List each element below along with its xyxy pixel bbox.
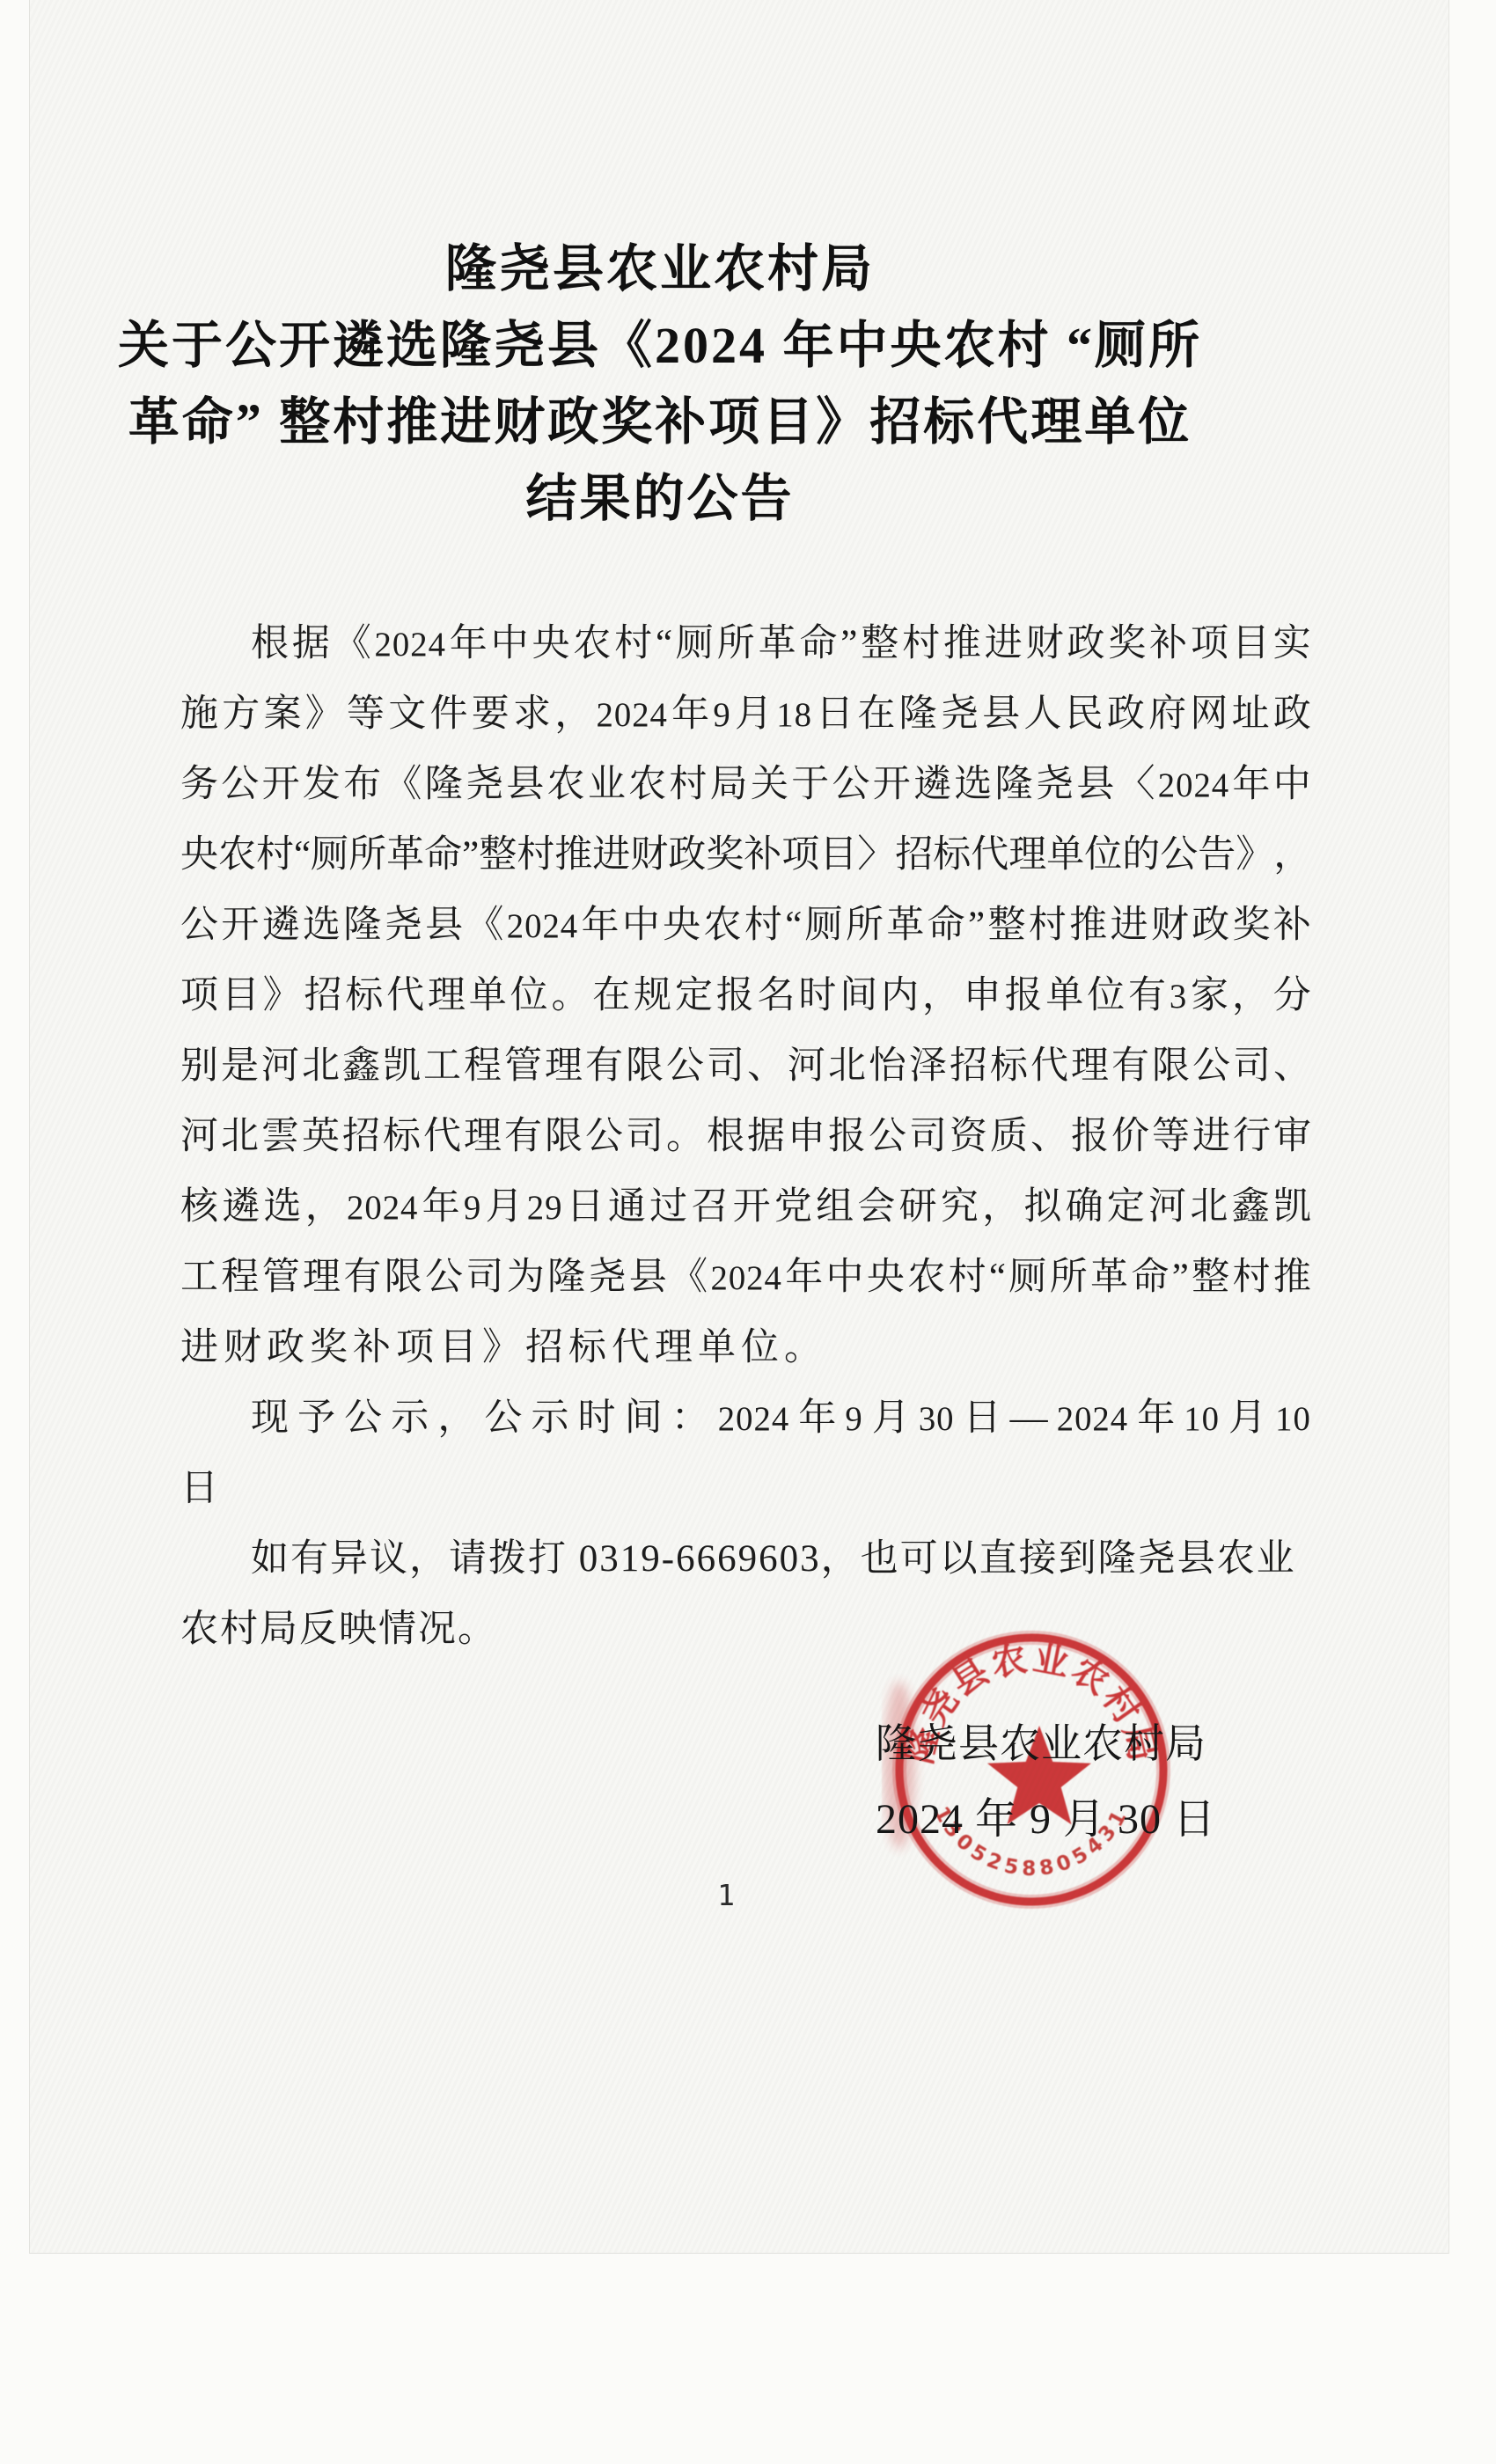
glyph: 选 [954, 750, 992, 820]
glyph: 年 [785, 1243, 823, 1313]
glyph: 奖 [706, 820, 744, 891]
document-body: 根据《2024年中央农村“厕所革命”整村推进财政奖补项目实 施方案》等文件要求，… [180, 609, 1311, 1665]
glyph: 公 [1160, 820, 1198, 891]
title-line: 隆尧县农业农村局 [114, 231, 1206, 307]
body-line: 河北雲英招标代理有限公司。根据申报公司资质、报价等进行审 [180, 1102, 1311, 1172]
glyph: 2024 [347, 1173, 418, 1243]
glyph: 北 [302, 1031, 340, 1102]
glyph: “ [785, 891, 802, 961]
glyph: 整 [1192, 1243, 1229, 1313]
glyph: 中 [826, 1243, 864, 1313]
glyph: 公 [832, 750, 870, 820]
glyph: 公 [180, 891, 218, 961]
glyph: 农 [907, 1243, 945, 1313]
glyph: 2024 [710, 1243, 781, 1314]
glyph: 间 [840, 961, 877, 1031]
glyph: 央 [663, 891, 700, 961]
glyph: 公 [585, 1102, 623, 1172]
glyph: 限 [385, 1243, 422, 1313]
glyph: 工 [423, 1031, 461, 1102]
glyph: 央 [532, 609, 569, 679]
glyph: 北 [1190, 1172, 1228, 1243]
glyph: 限 [626, 1031, 664, 1102]
glyph: 财 [630, 820, 668, 891]
glyph: 月 [485, 1172, 523, 1243]
glyph: 〈 [1117, 750, 1155, 820]
glyph: 报 [1071, 1102, 1109, 1172]
glyph: 命 [424, 820, 462, 891]
glyph: 过 [649, 1172, 687, 1243]
glyph: 等 [347, 679, 385, 750]
glyph: ， [922, 961, 960, 1031]
glyph: 公 [1192, 1031, 1230, 1102]
glyph: 开 [733, 1172, 771, 1243]
glyph: 司 [626, 1102, 664, 1172]
glyph: 月 [735, 679, 773, 750]
glyph: 分 [1273, 961, 1311, 1031]
glyph: 河 [261, 1031, 299, 1102]
glyph: 申 [788, 1102, 825, 1172]
glyph: 标 [933, 820, 971, 891]
glyph: 10 [1275, 1384, 1311, 1455]
glyph: 所 [1050, 1243, 1088, 1313]
glyph: 确 [1066, 1172, 1104, 1243]
glyph: 尧 [588, 1243, 626, 1313]
glyph: 河 [180, 1102, 218, 1172]
glyph: 项 [781, 820, 819, 891]
glyph: 资 [950, 1102, 987, 1172]
body-line: 务公开发布《隆尧县农业农村局关于公开遴选隆尧县〈2024年中 [180, 750, 1311, 820]
glyph: 隆 [343, 891, 381, 961]
glyph: 在 [857, 679, 895, 750]
glyph: 的 [1122, 820, 1160, 891]
glyph: 所 [846, 891, 884, 961]
glyph: 革 [1090, 1243, 1128, 1313]
glyph: 定 [1107, 1172, 1145, 1243]
glyph: 厕 [676, 609, 714, 679]
glyph: 程 [464, 1031, 502, 1102]
glyph: 根 [707, 1102, 744, 1172]
glyph: 县 [629, 1243, 667, 1313]
glyph: 选 [264, 1172, 302, 1243]
glyph: 公 [221, 750, 259, 820]
glyph: 怡 [869, 1031, 906, 1102]
glyph: ， [1232, 961, 1270, 1031]
glyph: 、 [1273, 1031, 1311, 1102]
glyph: 施 [180, 679, 218, 750]
glyph: 在 [592, 961, 630, 1031]
glyph: 示 [391, 1383, 429, 1454]
glyph: 实 [1273, 609, 1311, 679]
body-line: 现予公示，公示时间：2024年9月30日—2024年10月10 [180, 1383, 1311, 1454]
glyph: 推 [1273, 1243, 1311, 1313]
glyph: 遴 [222, 1172, 260, 1243]
glyph: 招 [304, 961, 341, 1031]
glyph: 目 [819, 820, 857, 891]
glyph: 代 [1030, 1031, 1068, 1102]
glyph: 等 [1152, 1102, 1190, 1172]
glyph: 标 [345, 961, 383, 1031]
glyph: 单 [1045, 961, 1083, 1031]
glyph: 理 [464, 1102, 502, 1172]
glyph: 年 [581, 891, 619, 961]
glyph: 厕 [1008, 1243, 1046, 1313]
glyph: 3 [1170, 962, 1187, 1032]
glyph: 布 [343, 750, 381, 820]
glyph: 开 [262, 750, 300, 820]
glyph: 选 [303, 891, 341, 961]
glyph: 是 [221, 1031, 259, 1102]
glyph: 《 [670, 1243, 708, 1313]
glyph: 》 [1236, 820, 1273, 891]
glyph: 年 [798, 1383, 836, 1454]
glyph: 项 [1191, 609, 1228, 679]
glyph: 鑫 [1232, 1172, 1270, 1243]
glyph: 北 [221, 1102, 259, 1172]
glyph: 日 [567, 1172, 605, 1243]
glyph: 家 [1191, 961, 1228, 1031]
glyph: 代 [971, 820, 1008, 891]
glyph: ， [305, 1172, 343, 1243]
glyph: 单 [469, 961, 507, 1031]
glyph: 司 [707, 1031, 744, 1102]
glyph: 目 [1232, 609, 1270, 679]
glyph: 。 [551, 961, 589, 1031]
glyph: 2024 [507, 891, 578, 962]
glyph: 命 [928, 891, 965, 961]
glyph: 县 [425, 891, 463, 961]
glyph: 审 [1273, 1102, 1311, 1172]
glyph: ， [1273, 820, 1311, 891]
glyph: 村 [256, 820, 294, 891]
glyph: 理 [545, 1031, 583, 1102]
glyph: 司 [1233, 1031, 1271, 1102]
glyph: 尧 [1036, 750, 1074, 820]
glyph: “ [294, 820, 311, 891]
glyph: 中 [491, 609, 529, 679]
glyph: 县 [982, 679, 1020, 750]
glyph: 有 [504, 1102, 542, 1172]
document-title: 隆尧县农业农村局 关于公开遴选隆尧县《2024 年中央农村 “厕所 革命” 整村… [114, 231, 1206, 537]
glyph: ” [840, 609, 857, 679]
glyph: 央 [180, 820, 218, 891]
glyph: 革 [759, 609, 796, 679]
glyph: 2024 [718, 1384, 789, 1455]
glyph: 进 [1192, 1102, 1230, 1172]
glyph: 村 [949, 1243, 986, 1313]
glyph: 》 [305, 679, 343, 750]
glyph: 农 [218, 820, 256, 891]
glyph: 代 [386, 961, 424, 1031]
glyph: 别 [180, 1031, 218, 1102]
glyph: 县 [506, 750, 544, 820]
glyph: 限 [545, 1102, 583, 1172]
glyph: 月 [872, 1383, 910, 1454]
glyph: 代 [423, 1102, 461, 1172]
glyph: 、 [747, 1031, 785, 1102]
glyph: 召 [691, 1172, 729, 1243]
glyph: 革 [886, 891, 924, 961]
glyph: 村 [902, 609, 940, 679]
glyph: 有 [1128, 961, 1166, 1031]
glyph: 定 [675, 961, 713, 1031]
body-line: 施方案》等文件要求，2024年9月18日在隆尧县人民政府网址政 [180, 679, 1311, 750]
scanned-document-page: { "title": { "lines": [ "隆尧县农业农村局", "关于公… [0, 0, 1496, 2464]
glyph: 文 [388, 679, 426, 750]
glyph: 目 [222, 961, 260, 1031]
glyph: 月 [1228, 1383, 1266, 1454]
glyph: 业 [588, 750, 626, 820]
glyph: 招 [950, 1031, 987, 1102]
glyph: 现 [251, 1383, 289, 1454]
glyph: 会 [857, 1172, 895, 1243]
glyph: 2024 [597, 680, 668, 751]
glyph: 党 [774, 1172, 812, 1243]
glyph: — [1010, 1383, 1048, 1454]
title-line: 革命” 整村推进财政奖补项目》招标代理单位 [114, 384, 1206, 460]
glyph: 9 [845, 1384, 862, 1455]
glyph: 尧 [466, 750, 503, 820]
glyph: 告 [1198, 820, 1236, 891]
glyph: 究 [941, 1172, 979, 1243]
body-line: 工程管理有限公司为隆尧县《2024年中央农村“厕所革命”整村推 [180, 1243, 1311, 1313]
glyph: 理 [303, 1243, 341, 1313]
glyph: 管 [504, 1031, 542, 1102]
glyph: 村 [517, 820, 554, 891]
glyph: ” [968, 891, 985, 961]
glyph: 政 [1067, 609, 1104, 679]
glyph: 予 [297, 1383, 335, 1454]
glyph: 河 [1148, 1172, 1186, 1243]
body-line: 核遴选，2024年9月29日通过召开党组会研究，拟确定河北鑫凯 [180, 1172, 1311, 1243]
glyph: 务 [180, 750, 218, 820]
glyph: 名 [758, 961, 796, 1031]
glyph: 鑫 [342, 1031, 380, 1102]
body-line: 别是河北鑫凯工程管理有限公司、河北怡泽招标代理有限公司、 [180, 1031, 1311, 1102]
glyph: 泽 [909, 1031, 947, 1102]
glyph: 于 [791, 750, 829, 820]
glyph: 厕 [805, 891, 843, 961]
body-line: 项目》招标代理单位。在规定报名时间内，申报单位有3家，分 [180, 961, 1311, 1031]
glyph: 命 [799, 609, 837, 679]
glyph: 案 [264, 679, 302, 750]
body-line: 公开遴选隆尧县《2024年中央农村“厕所革命”整村推进财政奖补 [180, 891, 1311, 961]
glyph: 时 [798, 961, 836, 1031]
glyph: 日 [816, 679, 854, 750]
glyph: 整 [987, 891, 1025, 961]
glyph: 理 [428, 961, 466, 1031]
glyph: 进 [985, 609, 1023, 679]
body-line: 日 [180, 1454, 1311, 1524]
glyph: 补 [1149, 609, 1187, 679]
glyph: 年 [1137, 1383, 1175, 1454]
glyph: 招 [342, 1102, 380, 1172]
glyph: 农 [547, 750, 585, 820]
glyph: 民 [1066, 679, 1104, 750]
glyph: 村 [1233, 1243, 1271, 1313]
glyph: 关 [751, 750, 788, 820]
glyph: 年 [1232, 750, 1270, 820]
glyph: 公 [425, 1243, 463, 1313]
glyph: 厕 [311, 820, 348, 891]
glyph: 开 [221, 891, 259, 961]
glyph: 拟 [1023, 1172, 1061, 1243]
glyph: 9 [713, 680, 730, 751]
glyph: 要 [472, 679, 510, 750]
glyph: 所 [717, 609, 755, 679]
glyph: 29 [527, 1173, 563, 1243]
glyph: 内 [881, 961, 919, 1031]
signature-date: 2024 年 9 月 30 日 [876, 1785, 1245, 1845]
glyph: 时 [578, 1383, 616, 1454]
glyph: 9 [464, 1173, 481, 1243]
glyph: 管 [262, 1243, 300, 1313]
glyph: ” [462, 820, 479, 891]
glyph: 件 [430, 679, 468, 750]
glyph: 农 [704, 891, 742, 961]
glyph: 局 [710, 750, 748, 820]
glyph: 财 [1026, 609, 1064, 679]
signature-org: 隆尧县农业农村局 [876, 1712, 1228, 1770]
glyph: 整 [479, 820, 517, 891]
glyph: 府 [1148, 679, 1186, 750]
glyph: 理 [1071, 1031, 1109, 1102]
glyph: 公 [869, 1102, 906, 1172]
glyph: 县 [1076, 750, 1114, 820]
glyph: 司 [909, 1102, 947, 1172]
glyph: 年 [422, 1172, 460, 1243]
glyph: 位 [1087, 961, 1125, 1031]
glyph: 通 [608, 1172, 646, 1243]
glyph: 程 [221, 1243, 259, 1313]
glyph: 、 [1030, 1102, 1068, 1172]
glyph: 址 [1232, 679, 1270, 750]
glyph: 隆 [899, 679, 937, 750]
glyph: 政 [668, 820, 706, 891]
glyph: 行 [1233, 1102, 1271, 1172]
glyph: 遴 [913, 750, 951, 820]
body-line: 如有异议，请拨打 0319-6669603，也可以直接到隆尧县农业 [180, 1524, 1311, 1595]
glyph: 求 [513, 679, 551, 750]
glyph: ， [554, 679, 592, 750]
glyph: 农 [573, 609, 611, 679]
glyph: 标 [383, 1102, 421, 1172]
glyph: 补 [1273, 891, 1311, 961]
glyph: 村 [744, 891, 782, 961]
glyph: 财 [1151, 891, 1189, 961]
glyph: 政 [1192, 891, 1229, 961]
glyph: ” [1172, 1243, 1189, 1313]
body-line: 根据《2024年中央农村“厕所革命”整村推进财政奖补项目实 [180, 609, 1311, 679]
glyph: 公 [666, 1031, 704, 1102]
glyph: 河 [788, 1031, 825, 1102]
glyph: 2024 [1057, 1384, 1128, 1455]
glyph: 18 [776, 680, 812, 751]
glyph: 推 [1069, 891, 1107, 961]
glyph: 司 [466, 1243, 503, 1313]
glyph: 《 [466, 891, 503, 961]
glyph: 〉 [857, 820, 895, 891]
glyph: ： [671, 1383, 709, 1454]
glyph: 据 [292, 609, 330, 679]
glyph: 推 [943, 609, 981, 679]
glyph: 央 [867, 1243, 905, 1313]
glyph: 尧 [385, 891, 422, 961]
glyph: 进 [1110, 891, 1148, 961]
glyph: 年 [671, 679, 709, 750]
glyph: 发 [303, 750, 341, 820]
title-line: 关于公开遴选隆尧县《2024 年中央农村 “厕所 [114, 307, 1206, 384]
glyph: 项 [180, 961, 218, 1031]
glyph: 申 [964, 961, 1001, 1031]
glyph: 遴 [262, 891, 300, 961]
glyph: 村 [669, 750, 707, 820]
glyph: 据 [747, 1102, 785, 1172]
page-number: 1 [686, 1878, 766, 1912]
glyph: 》 [263, 961, 301, 1031]
glyph: 英 [302, 1102, 340, 1172]
glyph: 标 [990, 1031, 1028, 1102]
glyph: 质 [990, 1102, 1028, 1172]
glyph: 凯 [383, 1031, 421, 1102]
glyph: 根 [251, 609, 289, 679]
glyph: 有 [343, 1243, 381, 1313]
body-line: 央农村“厕所革命”整村推进财政奖补项目〉招标代理单位的公告》， [180, 820, 1311, 891]
glyph: 有 [1111, 1031, 1149, 1102]
glyph: 奖 [1108, 609, 1146, 679]
glyph: 工 [180, 1243, 218, 1313]
glyph: 中 [622, 891, 660, 961]
title-line: 结果的公告 [114, 460, 1206, 537]
glyph: 研 [899, 1172, 937, 1243]
glyph: 开 [873, 750, 911, 820]
glyph: 农 [628, 750, 666, 820]
glyph: 方 [222, 679, 260, 750]
glyph: 奖 [1233, 891, 1271, 961]
glyph: 报 [828, 1102, 866, 1172]
glyph: 隆 [547, 1243, 585, 1313]
glyph: 北 [828, 1031, 866, 1102]
glyph: 报 [716, 961, 754, 1031]
glyph: 政 [1107, 679, 1145, 750]
glyph: 有 [585, 1031, 623, 1102]
glyph: 。 [666, 1102, 704, 1172]
glyph: 人 [1023, 679, 1061, 750]
glyph: 30 [919, 1384, 955, 1455]
glyph: 日 [964, 1383, 1001, 1454]
glyph: 2024 [1158, 751, 1229, 821]
glyph: 中 [1273, 750, 1311, 820]
glyph: 《 [334, 609, 371, 679]
glyph: 价 [1111, 1102, 1149, 1172]
glyph: 《 [384, 750, 422, 820]
glyph: 进 [592, 820, 630, 891]
glyph: 网 [1190, 679, 1228, 750]
glyph: 为 [507, 1243, 545, 1313]
glyph: 招 [895, 820, 933, 891]
glyph: 位 [510, 961, 548, 1031]
glyph: “ [989, 1243, 1006, 1313]
glyph: 革 [386, 820, 424, 891]
glyph: 村 [614, 609, 652, 679]
glyph: 10 [1184, 1384, 1220, 1455]
glyph: 间 [625, 1383, 663, 1454]
glyph: 限 [1152, 1031, 1190, 1102]
glyph: 命 [1131, 1243, 1169, 1313]
glyph: 公 [484, 1383, 522, 1454]
official-seal: 隆尧县农业农村局 1305258805431 [882, 1620, 1181, 1919]
glyph: 年 [450, 609, 488, 679]
